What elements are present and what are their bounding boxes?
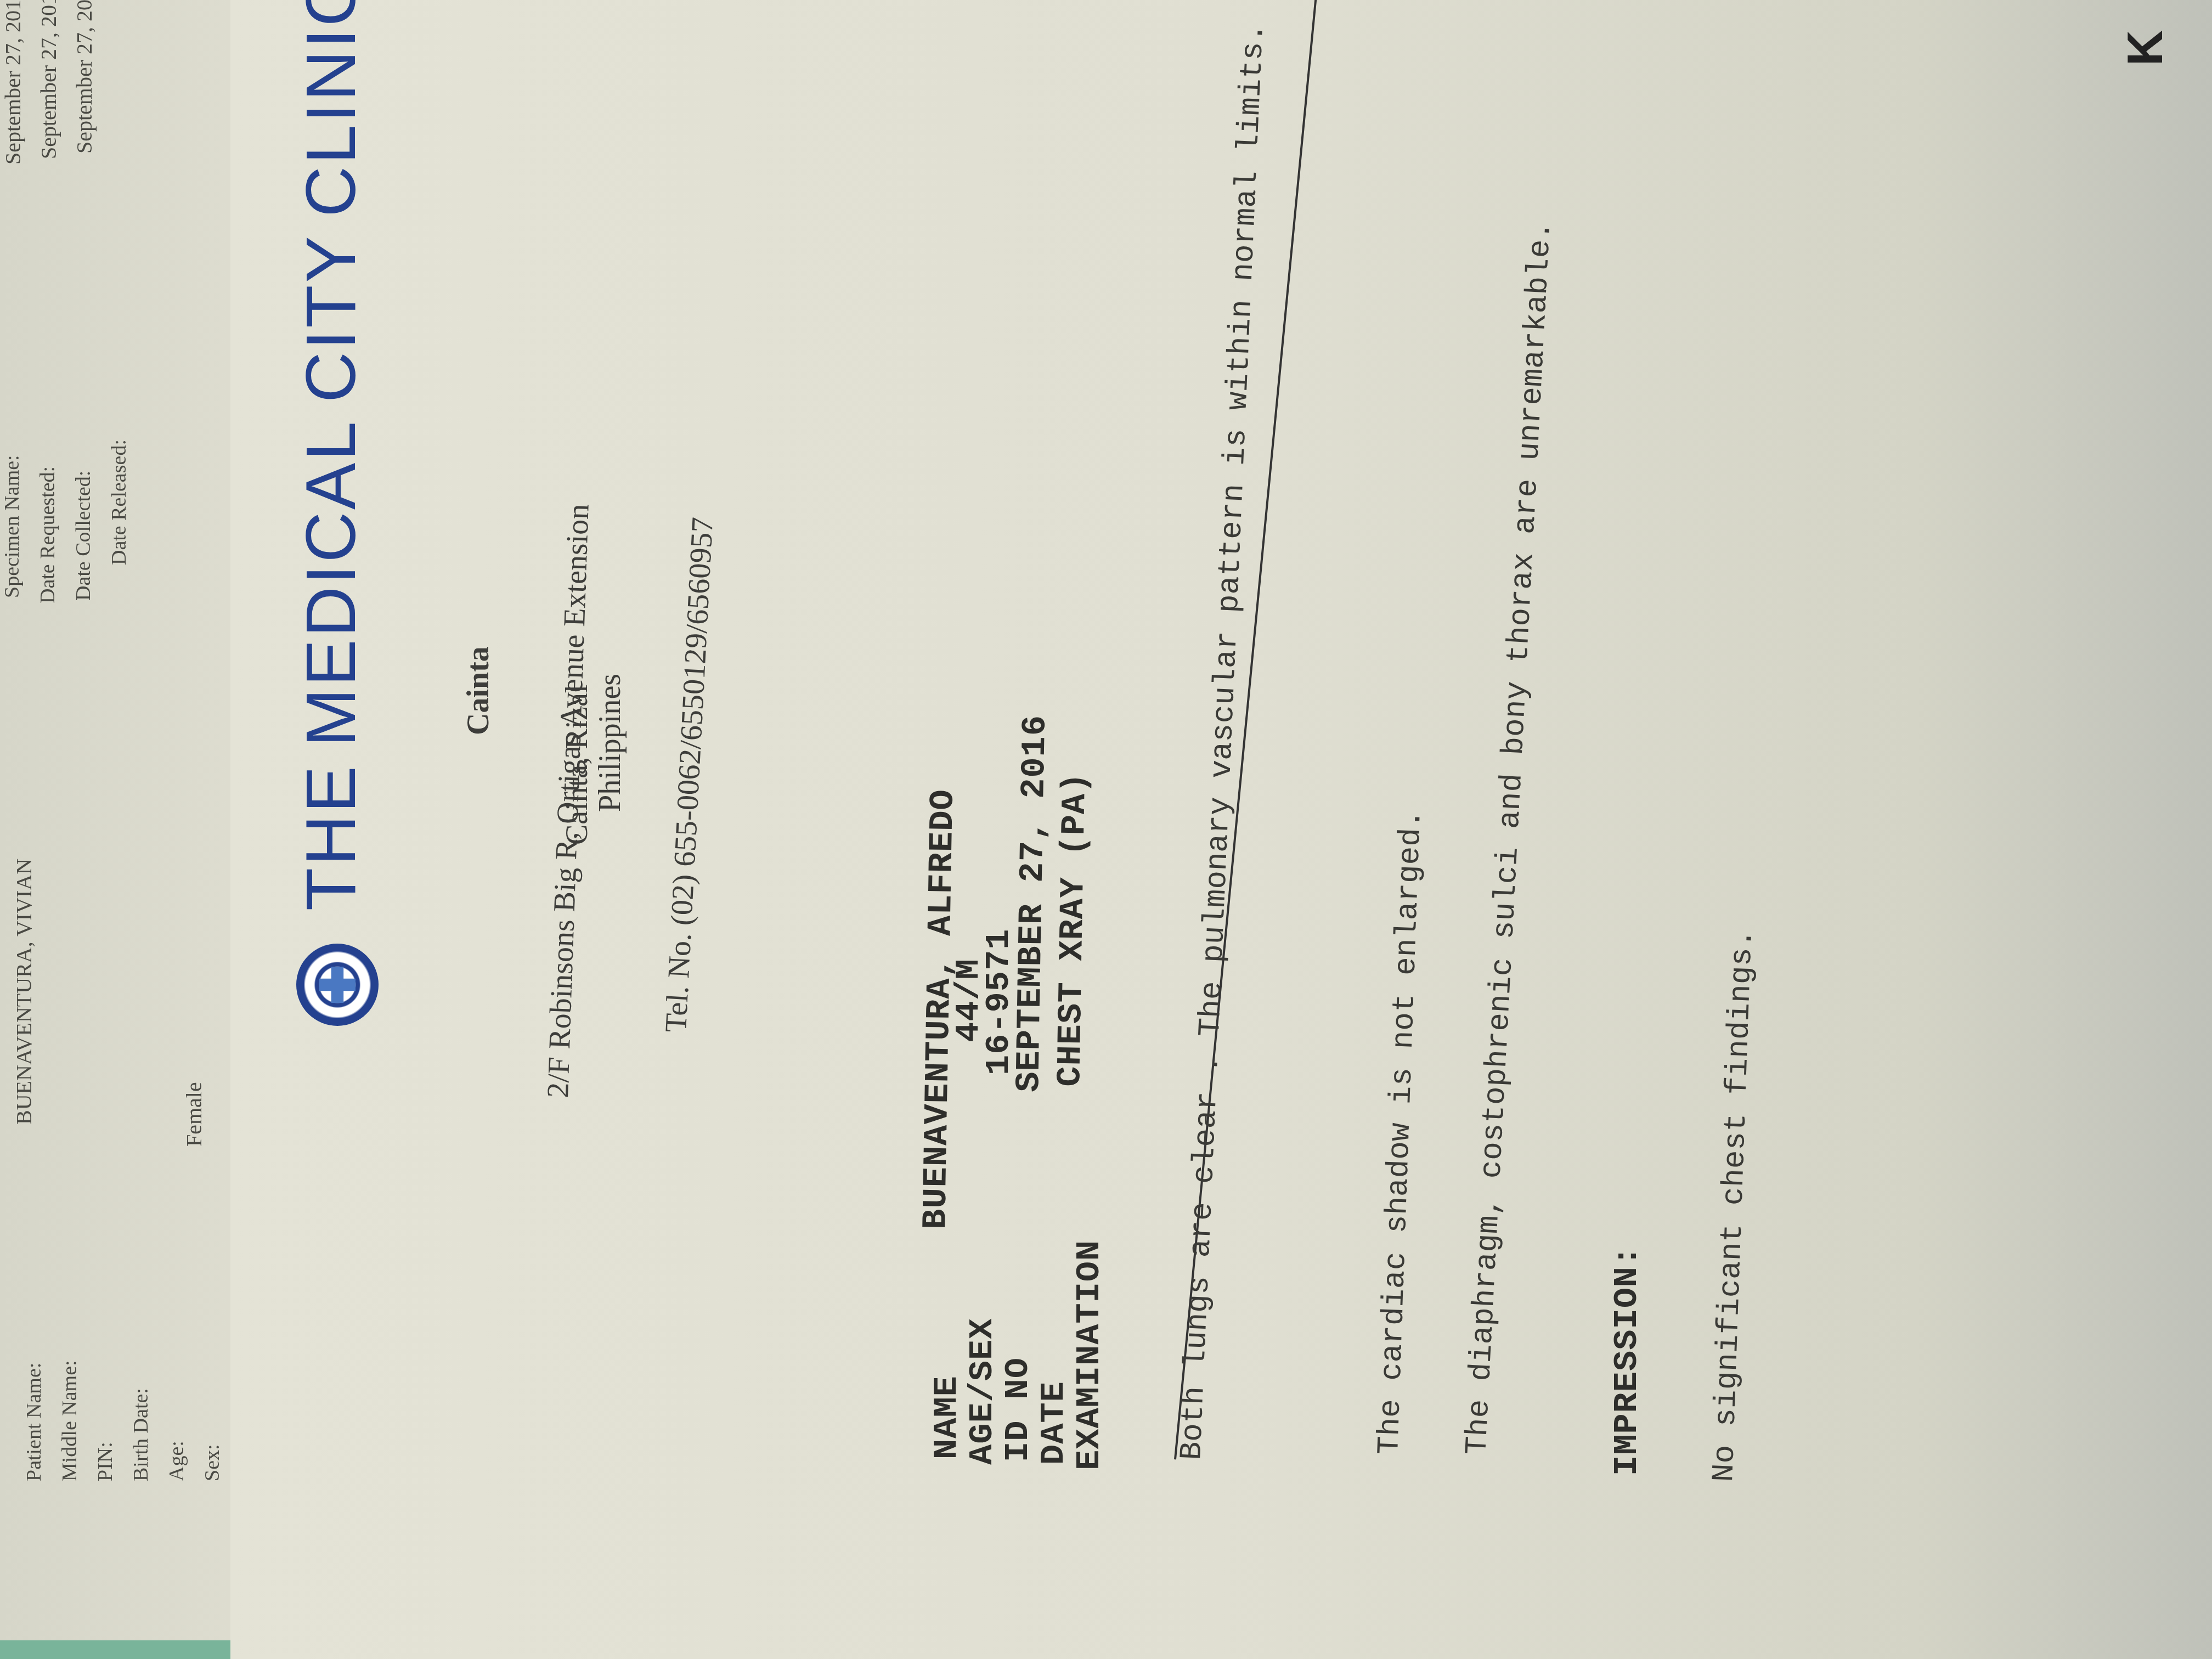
field-value-date: SEPTEMBER 27, 2016 — [1009, 714, 1055, 1092]
clinic-word-city: CITY — [292, 234, 370, 403]
field-label-age-sex: AGE/SEX — [963, 1318, 1002, 1465]
label-pin: PIN: — [93, 1442, 117, 1481]
lab-form-page: Patient Name: Middle Name: PIN: Birth Da… — [0, 0, 258, 1659]
specimen-date-value: September 27, 2016 — [0, 0, 26, 165]
address-line-3: Philippines — [592, 674, 628, 812]
clinic-logo-icon — [296, 944, 379, 1026]
label-specimen-name: Specimen Name: — [0, 455, 24, 598]
label-sex: Sex: — [200, 1444, 224, 1481]
label-birth-date: Birth Date: — [129, 1388, 153, 1481]
field-label-name: NAME — [927, 1375, 966, 1459]
label-middle-name: Middle Name: — [58, 1360, 82, 1481]
field-label-examination: EXAMINATION — [1070, 1240, 1109, 1470]
green-folder-edge — [0, 1640, 258, 1659]
handwritten-mark: K — [2118, 30, 2174, 66]
date-requested-value: September 27, 2016 — [36, 0, 61, 159]
clinic-word-medical: MEDICAL — [292, 419, 370, 747]
patient-name-value: BUENAVENTURA, VIVIAN — [11, 859, 37, 1125]
field-label-date: DATE — [1034, 1381, 1073, 1465]
date-collected-value: September 27, 2016 — [71, 0, 97, 154]
sex-value: Female — [181, 1082, 207, 1147]
branch-name: Cainta — [461, 646, 496, 735]
label-date-requested: Date Requested: — [36, 466, 60, 603]
impression-label: IMPRESSION: — [1607, 1245, 1646, 1476]
clinic-word-clinics: CLINICS — [292, 0, 370, 217]
clinic-name: THE MEDICAL CITY CLINICS — [291, 0, 371, 911]
field-label-id-no: ID NO — [998, 1357, 1037, 1462]
label-date-collected: Date Collected: — [71, 471, 95, 601]
label-date-released: Date Released: — [107, 439, 131, 565]
address-line-2: Cainta, Rizal — [560, 685, 595, 845]
label-age: Age: — [165, 1441, 189, 1481]
label-patient-name: Patient Name: — [22, 1363, 46, 1481]
clinic-word-the: THE — [292, 764, 370, 911]
field-value-examination: CHEST XRAY (PA) — [1051, 772, 1095, 1087]
